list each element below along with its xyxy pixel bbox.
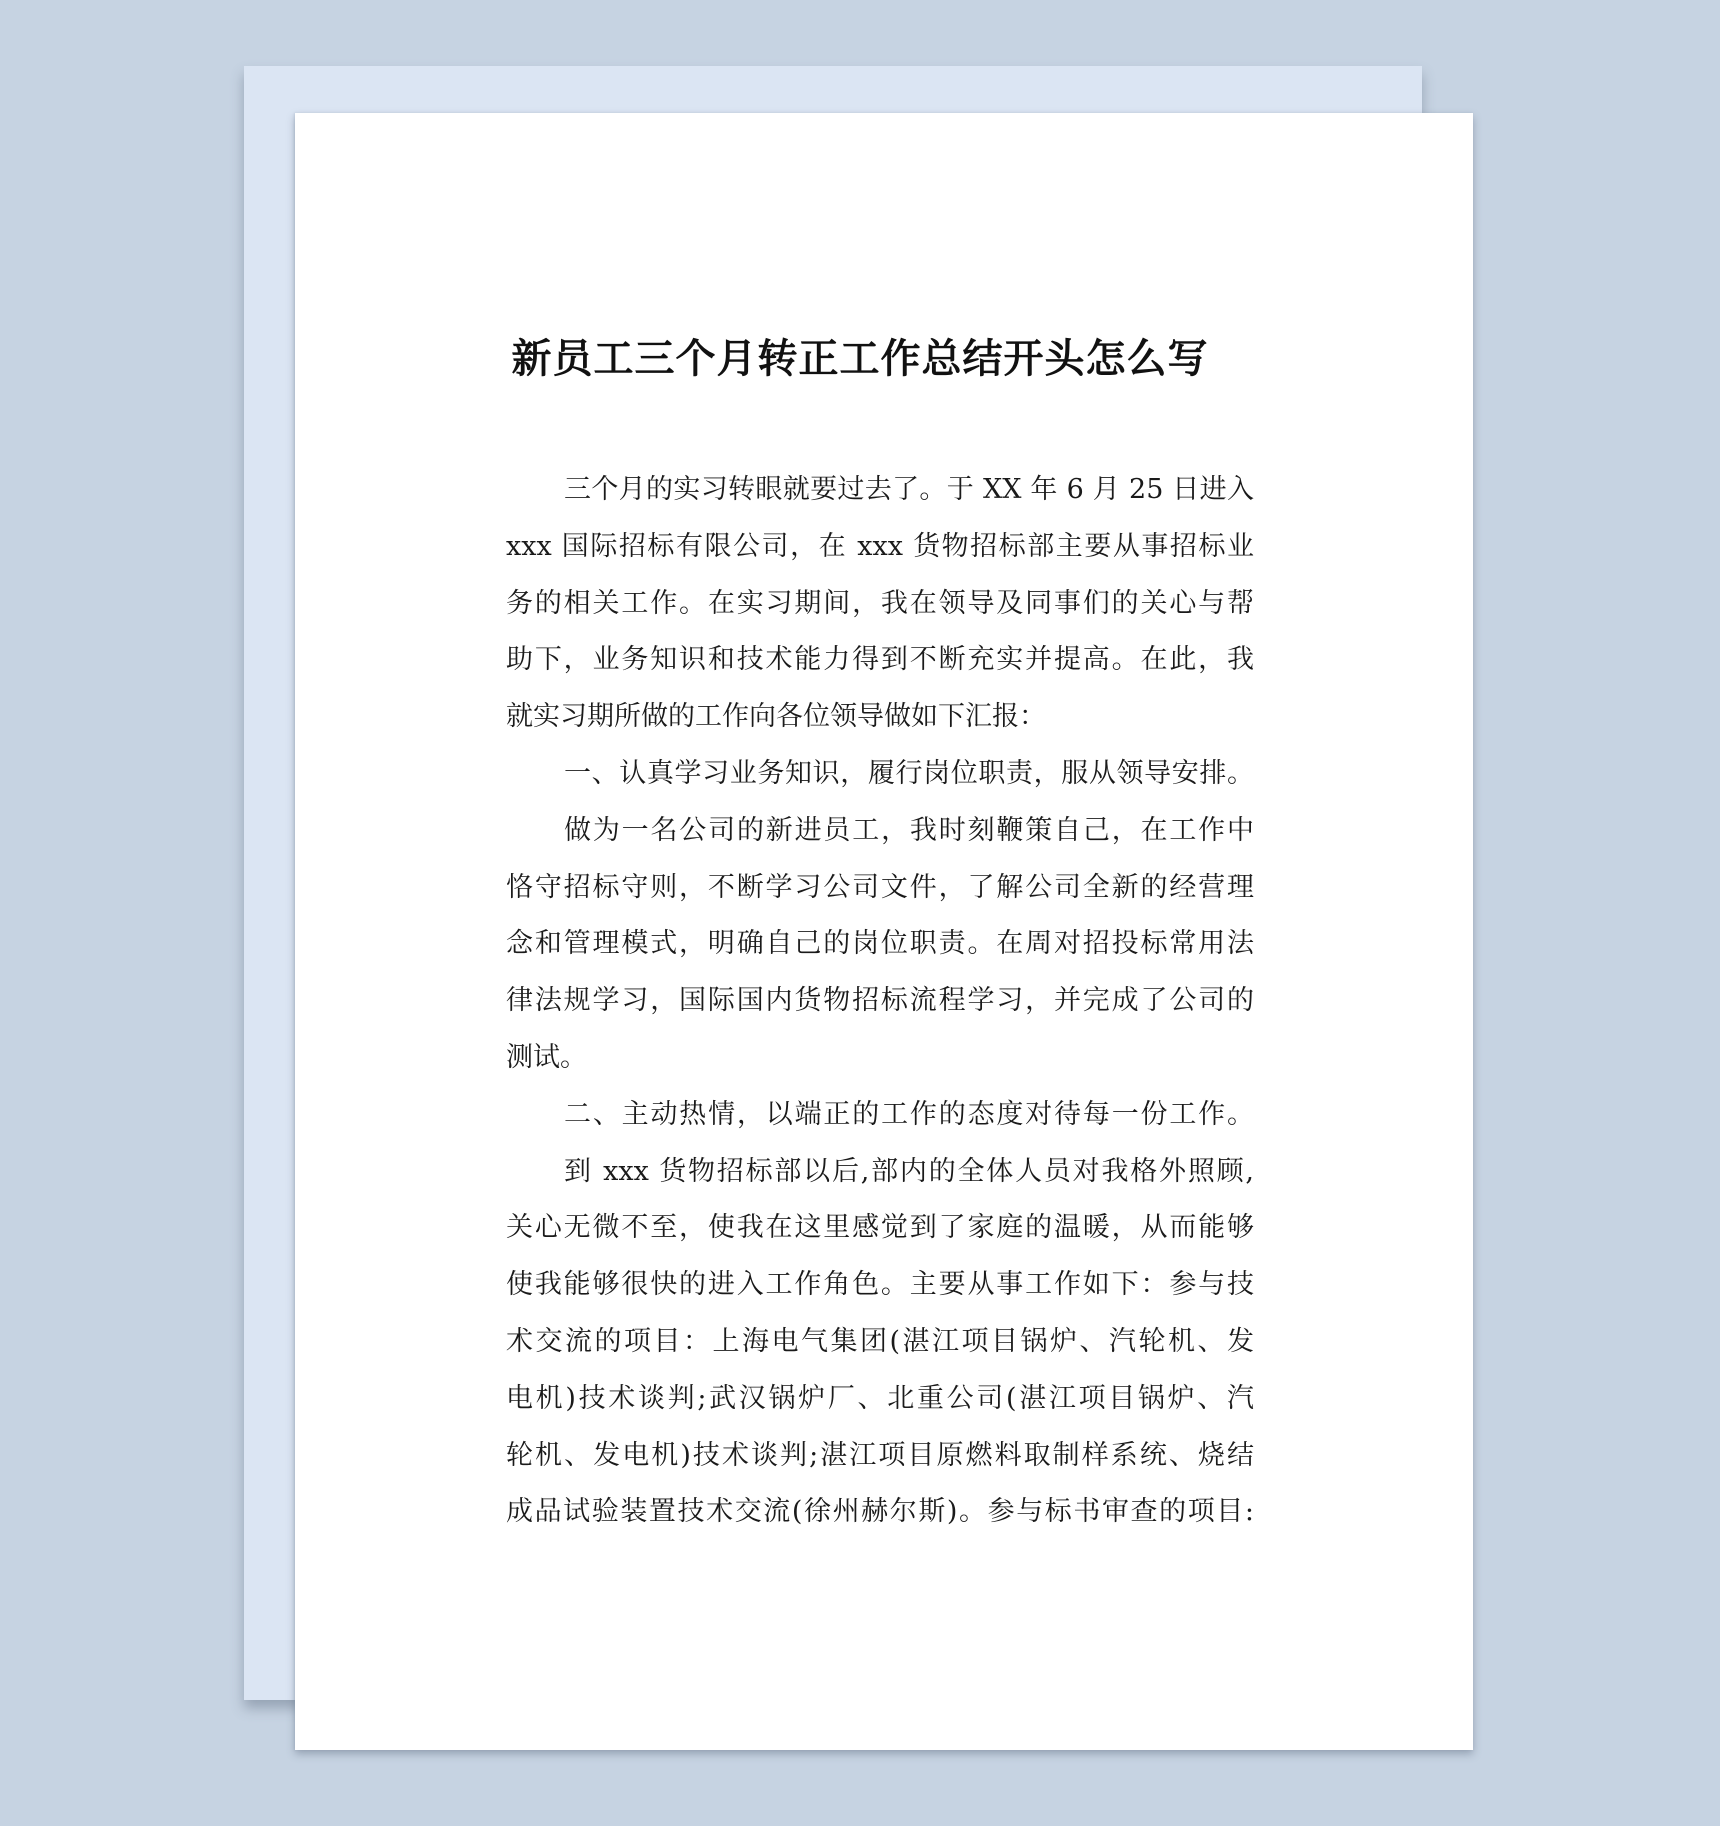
body-line: 到 xxx 货物招标部以后,部内的全体人员对我格外照顾, xyxy=(506,1144,1254,1201)
document-title: 新员工三个月转正工作总结开头怎么写 xyxy=(0,334,1720,384)
body-line: 助下，业务知识和技术能力得到不断充实并提高。在此，我 xyxy=(506,632,1254,689)
document-body: 三个月的实习转眼就要过去了。于 XX 年 6 月 25 日进入 xxx 国际招标… xyxy=(506,462,1254,1541)
body-line: 做为一名公司的新进员工，我时刻鞭策自己，在工作中 xyxy=(506,803,1254,860)
body-line: xxx 国际招标有限公司，在 xxx 货物招标部主要从事招标业 xyxy=(506,519,1254,576)
body-line: 三个月的实习转眼就要过去了。于 XX 年 6 月 25 日进入 xyxy=(506,462,1254,519)
body-line: 使我能够很快的进入工作角色。主要从事工作如下：参与技 xyxy=(506,1257,1254,1314)
body-line: 就实习期所做的工作向各位领导做如下汇报： xyxy=(506,689,1254,746)
body-line: 务的相关工作。在实习期间，我在领导及同事们的关心与帮 xyxy=(506,576,1254,633)
body-line: 念和管理模式，明确自己的岗位职责。在周对招投标常用法 xyxy=(506,916,1254,973)
body-line: 成品试验装置技术交流(徐州赫尔斯)。参与标书审查的项目: xyxy=(506,1484,1254,1541)
section-heading-2: 二、主动热情，以端正的工作的态度对待每一份工作。 xyxy=(506,1087,1254,1144)
body-line: 关心无微不至，使我在这里感觉到了家庭的温暖，从而能够 xyxy=(506,1200,1254,1257)
body-line: 律法规学习，国际国内货物招标流程学习，并完成了公司的 xyxy=(506,973,1254,1030)
section-heading-1: 一、认真学习业务知识，履行岗位职责，服从领导安排。 xyxy=(506,746,1254,803)
body-line: 电机)技术谈判;武汉锅炉厂、北重公司(湛江项目锅炉、汽 xyxy=(506,1371,1254,1428)
body-line: 测试。 xyxy=(506,1030,1254,1087)
body-line: 恪守招标守则，不断学习公司文件，了解公司全新的经营理 xyxy=(506,860,1254,917)
body-line: 轮机、发电机)技术谈判;湛江项目原燃料取制样系统、烧结 xyxy=(506,1428,1254,1485)
body-line: 术交流的项目：上海电气集团(湛江项目锅炉、汽轮机、发 xyxy=(506,1314,1254,1371)
